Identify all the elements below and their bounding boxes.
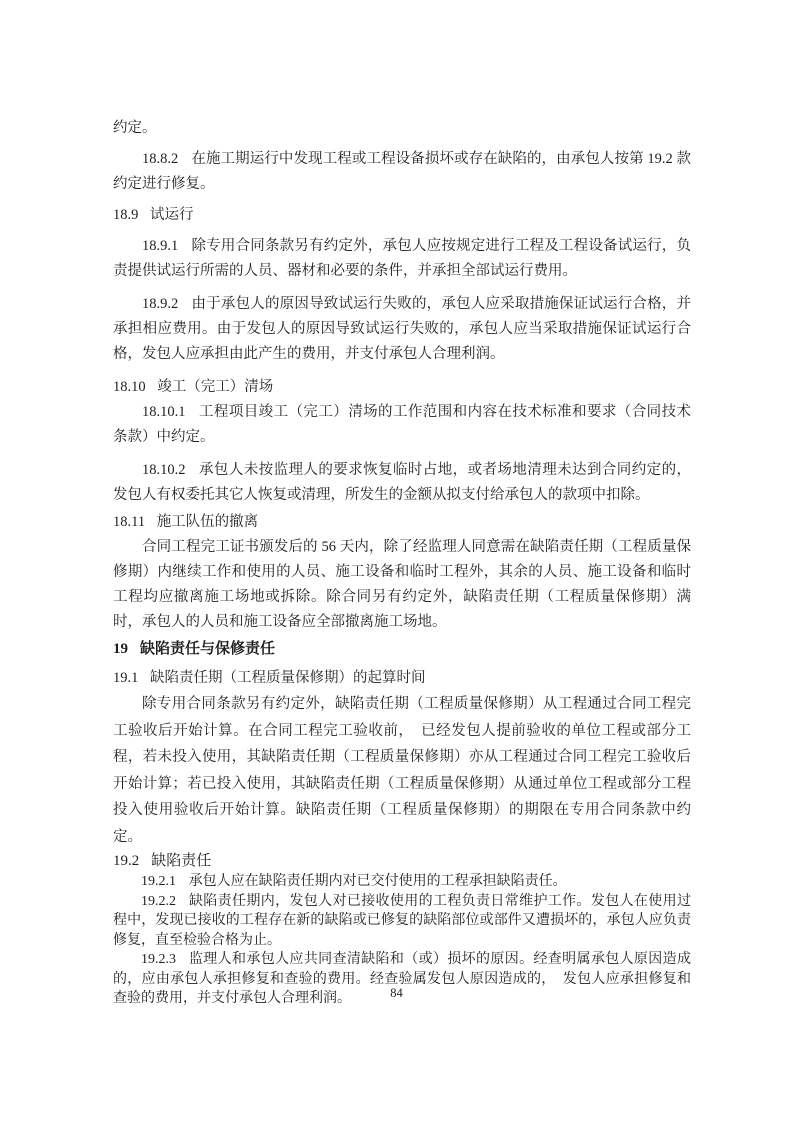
chapter-heading-19: 19缺陷责任与保修责任	[113, 637, 691, 662]
clause-18-10-2: 18.10.2承包人未按监理人的要求恢复临时占地，或者场地清理未达到合同约定的，…	[113, 458, 691, 508]
clause-18-9-2: 18.9.2由于承包人的原因导致试运行失败的，承包人应采取措施保证试运行合格，并…	[113, 292, 691, 367]
clause-text: 承包人应在缺陷责任期内对已交付使用的工程承担缺陷责任。	[189, 874, 567, 889]
clause-18-9-1: 18.9.1除专用合同条款另有约定外，承包人应按规定进行工程及工程设备试运行，负…	[113, 234, 691, 284]
clause-text: 由于承包人的原因导致试运行失败的，承包人应采取措施保证试运行合格，并承担相应费用…	[113, 296, 691, 362]
section-title: 施工队伍的撤离	[157, 514, 259, 530]
clause-number: 19.2.1	[141, 874, 176, 889]
section-number: 18.10	[113, 379, 146, 395]
clause-number: 19.2.3	[141, 952, 176, 967]
section-title: 缺陷责任期（工程质量保修期）的起算时间	[150, 670, 426, 686]
clause-19-2-1: 19.2.1承包人应在缺陷责任期内对已交付使用的工程承担缺陷责任。	[113, 872, 691, 892]
section-number: 19.2	[113, 853, 139, 869]
clause-number: 18.10.2	[142, 462, 186, 478]
section-title: 缺陷责任	[151, 853, 211, 869]
section-number: 19.1	[113, 670, 138, 686]
section-heading-19-1: 19.1缺陷责任期（工程质量保修期）的起算时间	[113, 666, 691, 691]
chapter-title: 缺陷责任与保修责任	[140, 641, 275, 657]
clause-text: 缺陷责任期内，发包人对已接收使用的工程负责日常维护工作。发包人在使用过程中，发现…	[113, 894, 691, 948]
clause-18-10-1: 18.10.1工程项目竣工（完工）清场的工作范围和内容在技术标准和要求（合同技术…	[113, 400, 691, 450]
clause-text: 除专用合同条款另有约定外，承包人应按规定进行工程及工程设备试运行，负责提供试运行…	[113, 238, 691, 279]
document-page: 约定。 18.8.2在施工期运行中发现工程或工程设备损坏或存在缺陷的，由承包人按…	[0, 0, 793, 1122]
document-content: 约定。 18.8.2在施工期运行中发现工程或工程设备损坏或存在缺陷的，由承包人按…	[113, 116, 691, 1009]
clause-number: 18.10.1	[142, 404, 186, 420]
clause-text: 承包人未按监理人的要求恢复临时占地，或者场地清理未达到合同约定的，发包人有权委托…	[113, 462, 691, 503]
section-heading-18-9: 18.9试运行	[113, 203, 691, 228]
clause-text: 工程项目竣工（完工）清场的工作范围和内容在技术标准和要求（合同技术条款）中约定。	[113, 404, 691, 445]
section-number: 18.9	[113, 207, 138, 223]
section-title: 竣工（完工）清场	[157, 379, 273, 395]
section-title: 试运行	[150, 207, 194, 223]
clause-number: 18.8.2	[142, 151, 178, 167]
clause-18-8-2: 18.8.2在施工期运行中发现工程或工程设备损坏或存在缺陷的，由承包人按第 19…	[113, 147, 691, 197]
section-heading-19-2: 19.2缺陷责任	[113, 850, 691, 872]
section-number: 18.11	[113, 514, 145, 530]
clause-number: 18.9.2	[142, 296, 178, 312]
page-number: 84	[0, 986, 793, 1001]
paragraph-19-1-body: 除专用合同条款另有约定外，缺陷责任期（工程质量保修期）从工程通过合同工程完工验收…	[113, 691, 691, 850]
paragraph-18-11-body: 合同工程完工证书颁发后的 56 天内，除了经监理人同意需在缺陷责任期（工程质量保…	[113, 535, 691, 635]
clause-19-2-2: 19.2.2缺陷责任期内，发包人对已接收使用的工程负责日常维护工作。发包人在使用…	[113, 892, 691, 951]
section-heading-18-10: 18.10竣工（完工）清场	[113, 375, 691, 400]
paragraph-continuation: 约定。	[113, 116, 691, 141]
section-heading-18-11: 18.11施工队伍的撤离	[113, 510, 691, 535]
clause-number: 19.2.2	[141, 894, 176, 909]
clause-number: 18.9.1	[142, 238, 178, 254]
clause-text: 在施工期运行中发现工程或工程设备损坏或存在缺陷的，由承包人按第 19.2 款约定…	[113, 151, 691, 192]
chapter-number: 19	[113, 641, 128, 657]
